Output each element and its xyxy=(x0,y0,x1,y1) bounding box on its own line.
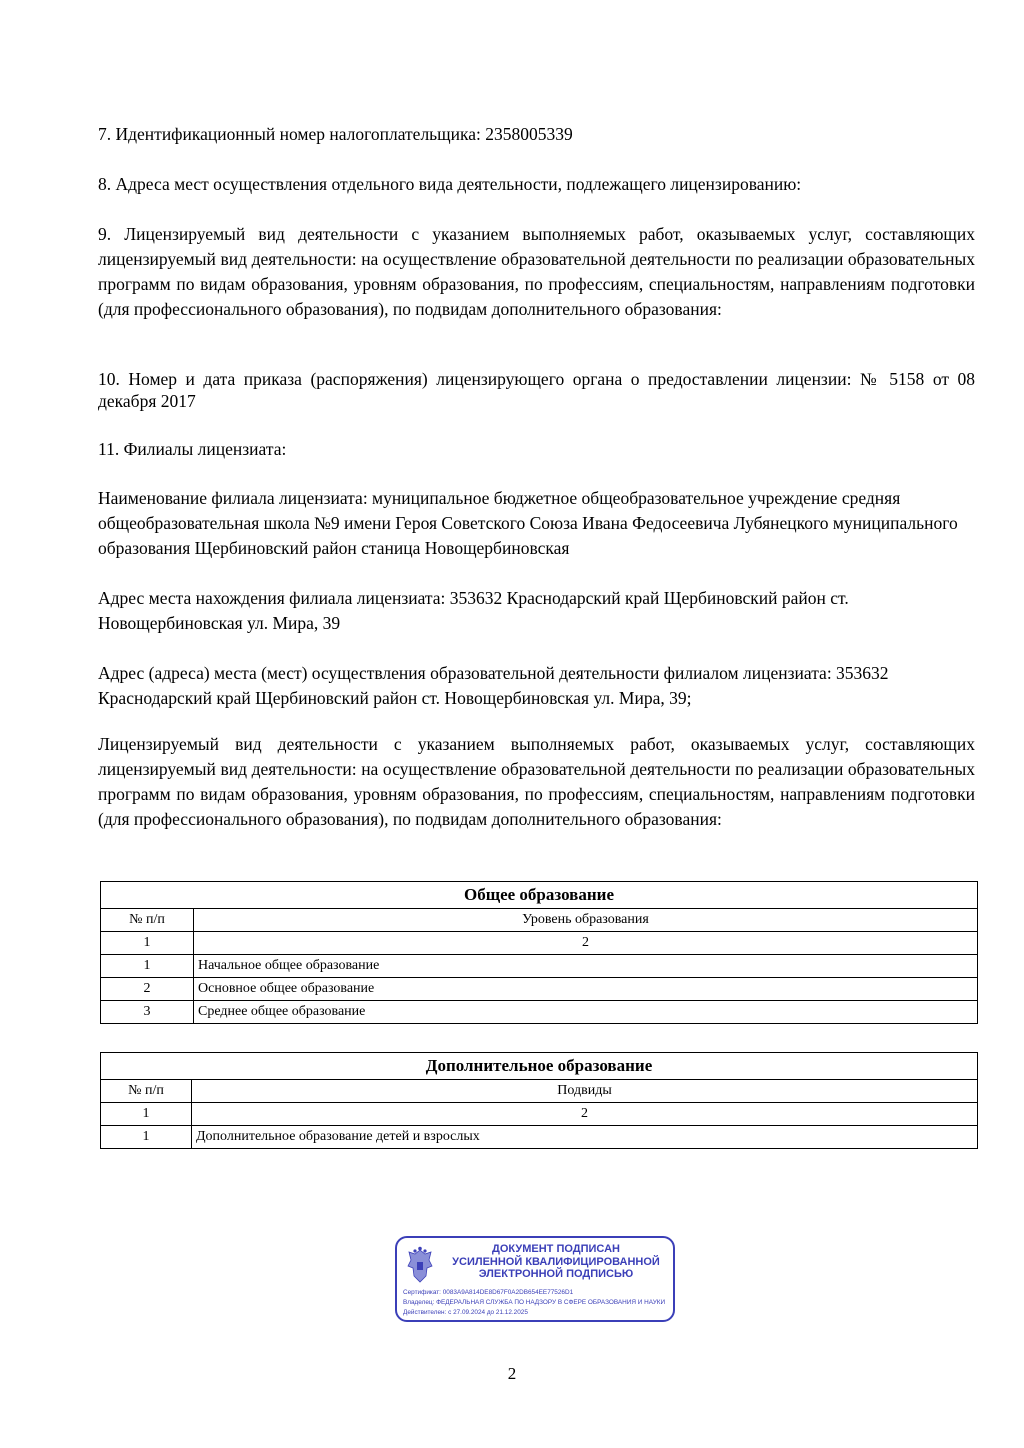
item-9-activity: 9. Лицензируемый вид деятельности с указ… xyxy=(98,222,975,322)
row-number: 1 xyxy=(101,1126,192,1149)
column-header-subtypes: Подвиды xyxy=(192,1080,978,1103)
row-number: 3 xyxy=(101,1001,194,1024)
stamp-validity: Действителен: с 27.09.2024 до 21.12.2025 xyxy=(403,1308,665,1318)
column-index: 1 xyxy=(101,1103,192,1126)
item-8-addresses: 8. Адреса мест осуществления отдельного … xyxy=(98,172,975,197)
row-label: Основное общее образование xyxy=(194,978,978,1001)
table-row: 3 Среднее общее образование xyxy=(101,1001,978,1024)
branch-name: Наименование филиала лицензиата: муницип… xyxy=(98,486,975,561)
page-number: 2 xyxy=(0,1364,1024,1384)
stamp-line: УСИЛЕННОЙ КВАЛИФИЦИРОВАННОЙ xyxy=(441,1256,671,1269)
coat-of-arms-icon xyxy=(405,1246,435,1286)
table-row: 1 Начальное общее образование xyxy=(101,955,978,978)
item-11-branches: 11. Филиалы лицензиата: xyxy=(98,437,975,462)
column-header-number: № п/п xyxy=(101,1080,192,1103)
stamp-certificate: Сертификат: 0083A9A814DE8D67F0A2DB654EE7… xyxy=(403,1288,665,1298)
column-index: 2 xyxy=(192,1103,978,1126)
row-number: 1 xyxy=(101,955,194,978)
electronic-signature-stamp: ДОКУМЕНТ ПОДПИСАН УСИЛЕННОЙ КВАЛИФИЦИРОВ… xyxy=(395,1236,675,1322)
table-row: 2 Основное общее образование xyxy=(101,978,978,1001)
table-title: Дополнительное образование xyxy=(101,1053,978,1080)
stamp-line: ДОКУМЕНТ ПОДПИСАН xyxy=(441,1243,671,1256)
branch-address: Адрес места нахождения филиала лицензиат… xyxy=(98,586,975,636)
stamp-owner: Владелец: ФЕДЕРАЛЬНАЯ СЛУЖБА ПО НАДЗОРУ … xyxy=(403,1298,665,1308)
table-row: 1 Дополнительное образование детей и взр… xyxy=(101,1126,978,1149)
column-header-number: № п/п xyxy=(101,909,194,932)
branch-activity-addresses: Адрес (адреса) места (мест) осуществлени… xyxy=(98,661,975,711)
additional-education-table: Дополнительное образование № п/п Подвиды… xyxy=(100,1052,978,1149)
column-header-level: Уровень образования xyxy=(194,909,978,932)
row-number: 2 xyxy=(101,978,194,1001)
column-index: 1 xyxy=(101,932,194,955)
item-10-order: 10. Номер и дата приказа (распоряжения) … xyxy=(98,368,975,412)
branch-activity: Лицензируемый вид деятельности с указани… xyxy=(98,732,975,832)
stamp-details: Сертификат: 0083A9A814DE8D67F0A2DB654EE7… xyxy=(403,1288,665,1318)
column-index: 2 xyxy=(194,932,978,955)
stamp-heading: ДОКУМЕНТ ПОДПИСАН УСИЛЕННОЙ КВАЛИФИЦИРОВ… xyxy=(441,1243,671,1281)
table-title: Общее образование xyxy=(101,882,978,909)
general-education-table: Общее образование № п/п Уровень образова… xyxy=(100,881,978,1024)
row-label: Дополнительное образование детей и взрос… xyxy=(192,1126,978,1149)
row-label: Начальное общее образование xyxy=(194,955,978,978)
item-7-inn: 7. Идентификационный номер налогоплатель… xyxy=(98,122,975,147)
stamp-line: ЭЛЕКТРОННОЙ ПОДПИСЬЮ xyxy=(441,1268,671,1281)
row-label: Среднее общее образование xyxy=(194,1001,978,1024)
